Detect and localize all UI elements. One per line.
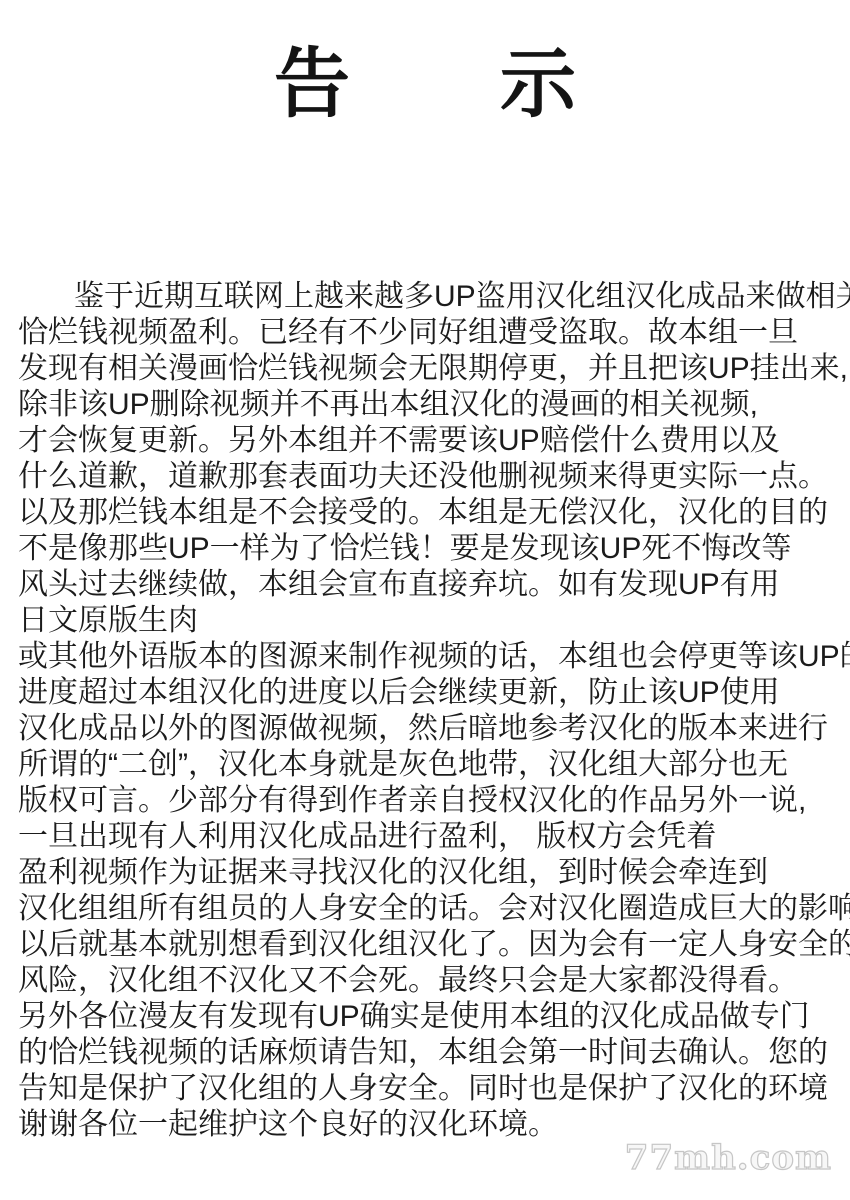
- notice-line: 不是像那些UP一样为了恰烂钱！要是发现该UP死不悔改等: [18, 531, 850, 567]
- notice-line: 或其他外语版本的图源来制作视频的话，本组也会停更等该UP的: [18, 639, 850, 675]
- notice-body: 鉴于近期互联网上越来越多UP盗用汉化组汉化成品来做相关 恰烂钱视频盈利。已经有不…: [18, 279, 850, 1143]
- page-title-char-left: 告: [274, 40, 350, 130]
- notice-line: 风头过去继续做，本组会宣布直接弃坑。如有发现UP有用: [18, 567, 850, 603]
- notice-line: 进度超过本组汉化的进度以后会继续更新，防止该UP使用: [18, 675, 850, 711]
- notice-line: 恰烂钱视频盈利。已经有不少同好组遭受盗取。故本组一旦: [18, 315, 850, 351]
- notice-line: 发现有相关漫画恰烂钱视频会无限期停更，并且把该UP挂出来,: [18, 351, 850, 387]
- notice-line: 才会恢复更新。另外本组并不需要该UP赔偿什么费用以及: [18, 423, 850, 459]
- page-title-char-right: 示: [500, 40, 576, 130]
- notice-line: 以及那烂钱本组是不会接受的。本组是无偿汉化，汉化的目的: [18, 495, 850, 531]
- notice-line: 汉化成品以外的图源做视频，然后暗地参考汉化的版本来进行: [18, 711, 850, 747]
- notice-line: 汉化组组所有组员的人身安全的话。会对汉化圈造成巨大的影响,: [18, 891, 850, 927]
- notice-line: 什么道歉，道歉那套表面功夫还没他删视频来得更实际一点。: [18, 459, 850, 495]
- notice-line: 盈利视频作为证据来寻找汉化的汉化组，到时候会牵连到: [18, 855, 850, 891]
- notice-line: 一旦出现有人利用汉化成品进行盈利， 版权方会凭着: [18, 819, 850, 855]
- notice-line: 日文原版生肉: [18, 603, 850, 639]
- notice-line: 告知是保护了汉化组的人身安全。同时也是保护了汉化的环境: [18, 1071, 850, 1107]
- notice-page: 告 示 鉴于近期互联网上越来越多UP盗用汉化组汉化成品来做相关 恰烂钱视频盈利。…: [0, 0, 850, 1200]
- notice-line: 版权可言。少部分有得到作者亲自授权汉化的作品另外一说,: [18, 783, 850, 819]
- notice-line: 以后就基本就别想看到汉化组汉化了。因为会有一定人身安全的: [18, 927, 850, 963]
- notice-line: 另外各位漫友有发现有UP确实是使用本组的汉化成品做专门: [18, 999, 850, 1035]
- notice-line: 所谓的“二创”，汉化本身就是灰色地带，汉化组大部分也无: [18, 747, 850, 783]
- notice-line: 风险，汉化组不汉化又不会死。最终只会是大家都没得看。: [18, 963, 850, 999]
- notice-line: 鉴于近期互联网上越来越多UP盗用汉化组汉化成品来做相关: [18, 279, 850, 315]
- notice-line: 除非该UP删除视频并不再出本组汉化的漫画的相关视频,: [18, 387, 850, 423]
- site-watermark: 77mh.com: [625, 1138, 832, 1178]
- notice-line: 的恰烂钱视频的话麻烦请告知，本组会第一时间去确认。您的: [18, 1035, 850, 1071]
- page-title: 告 示: [0, 40, 850, 130]
